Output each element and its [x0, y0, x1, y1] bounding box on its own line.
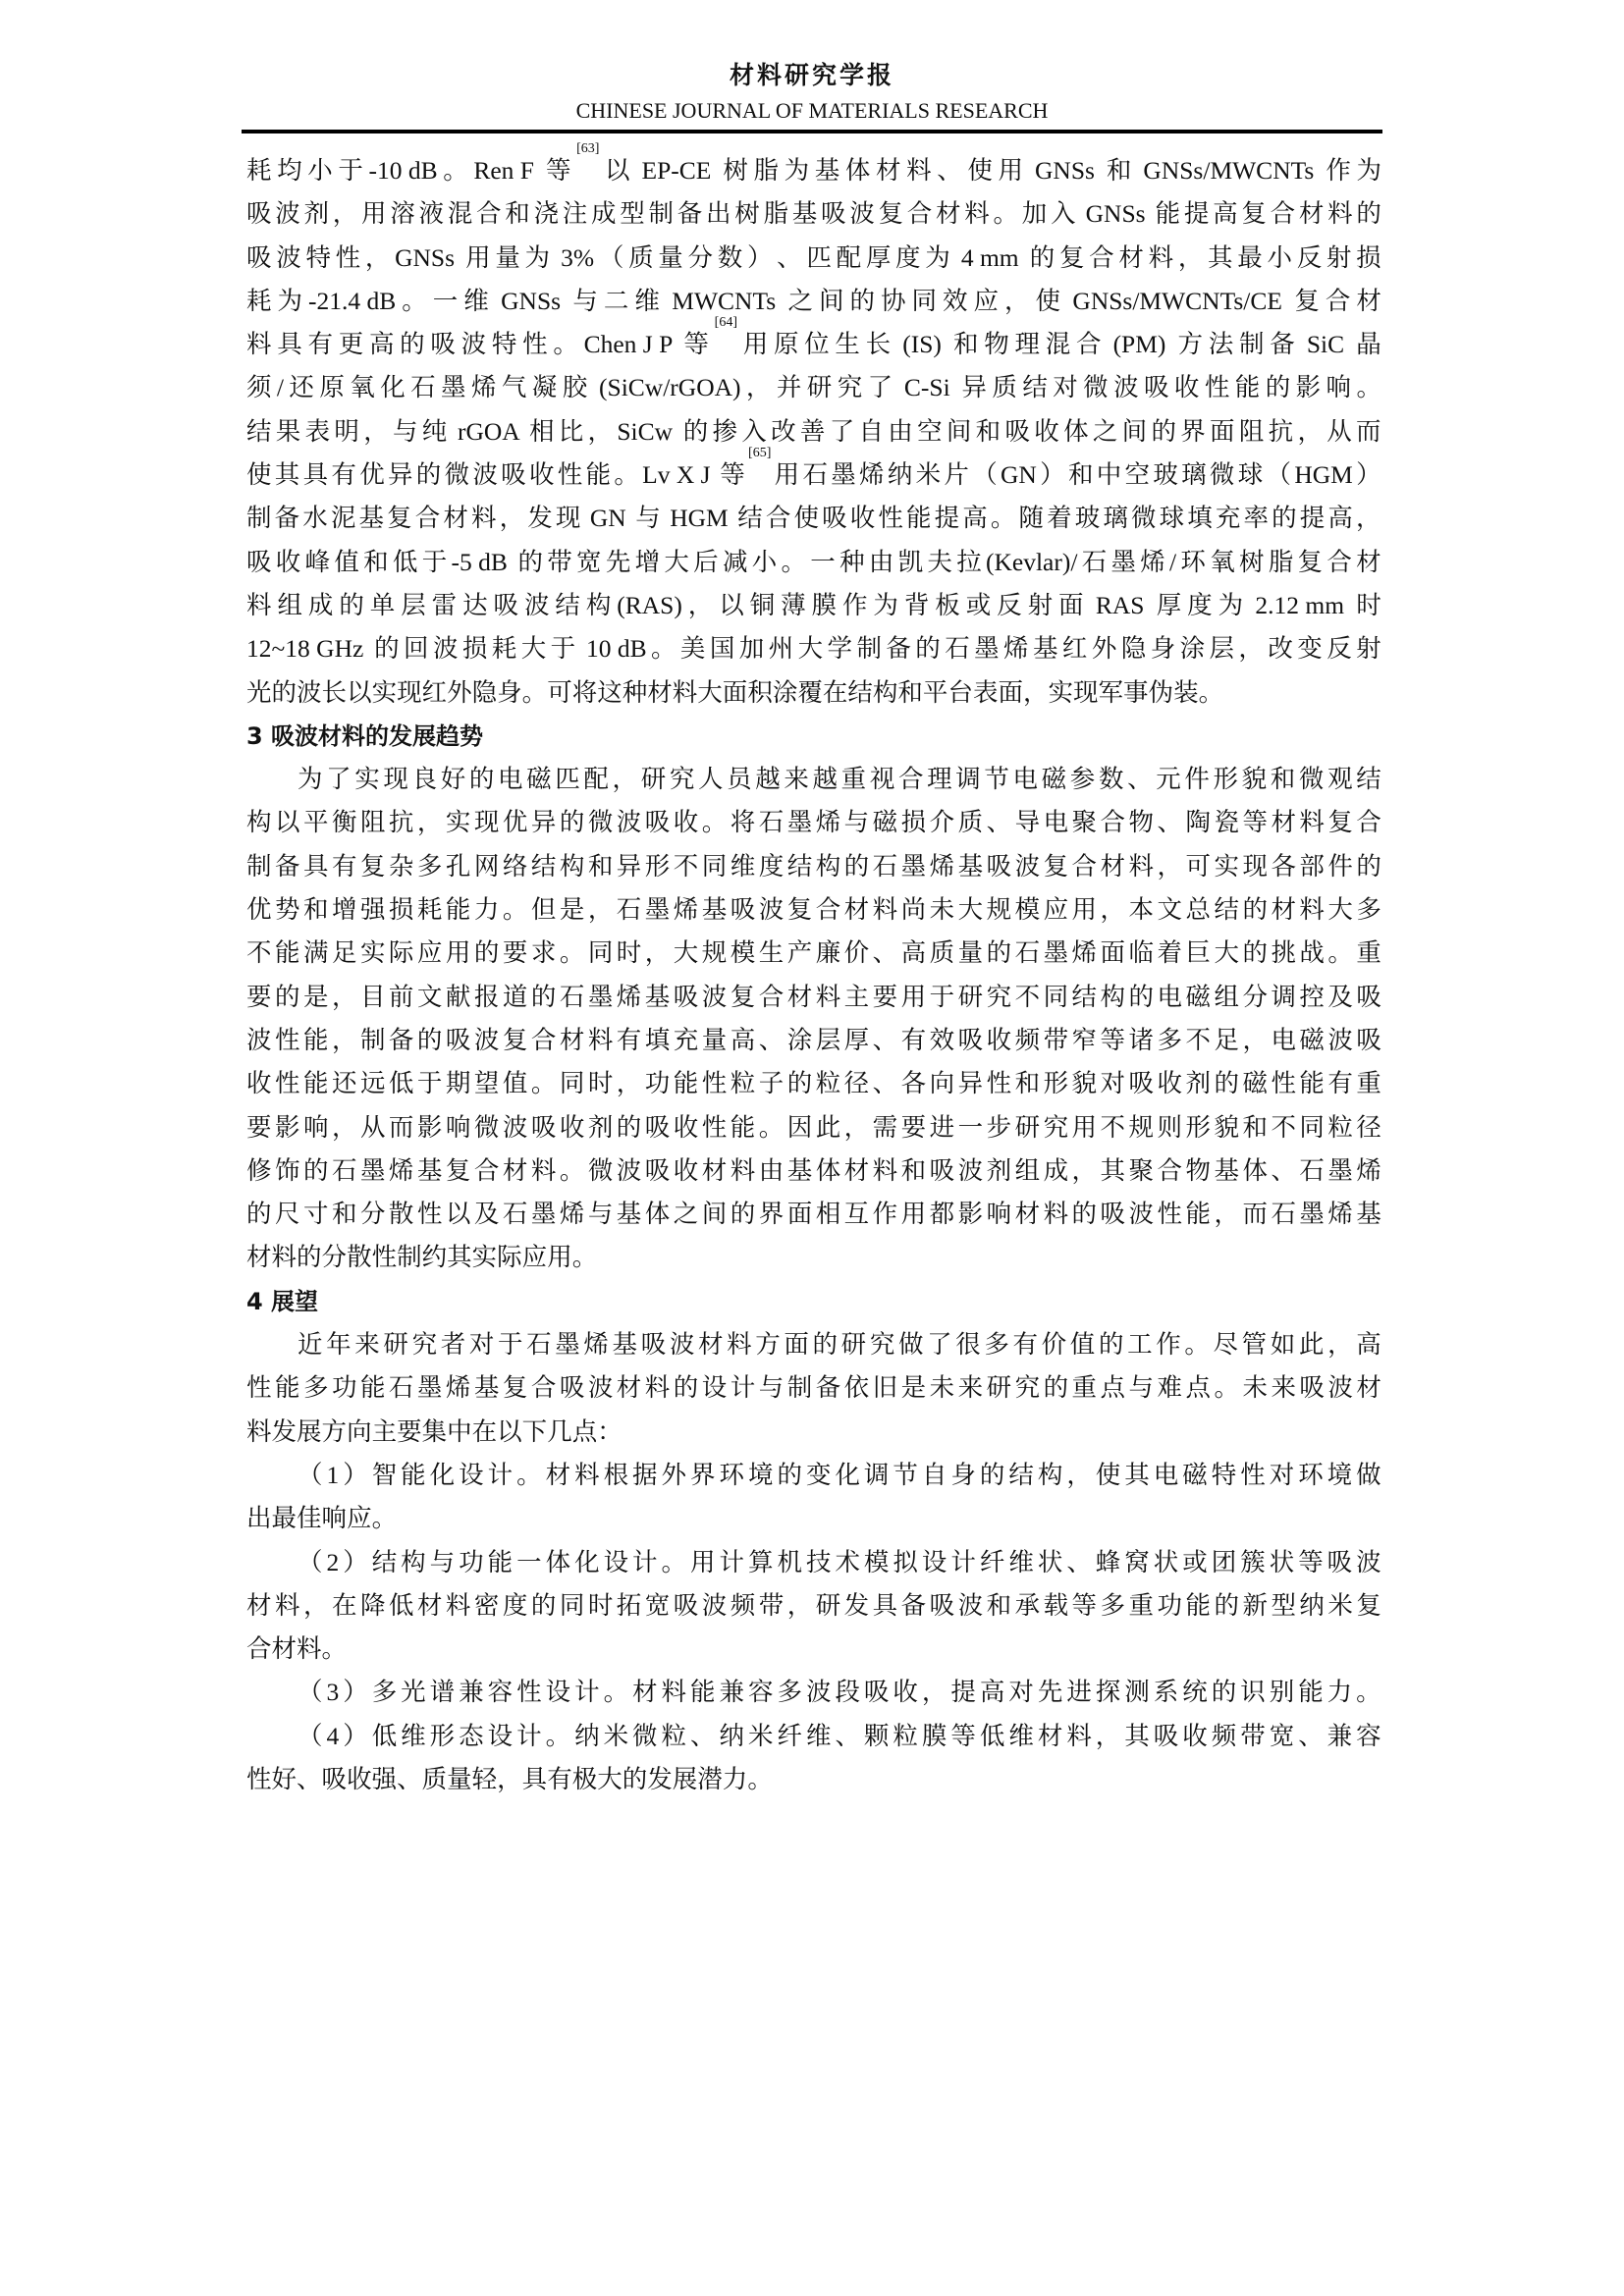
text-line: 吸收峰值和低于-5 dB 的带宽先增大后减小。一种由凯夫拉(Kevlar)/石墨… — [246, 541, 1381, 584]
list-item-1: （1）智能化设计。材料根据外界环境的变化调节自身的结构，使其电磁特性对环境做出最… — [246, 1454, 1381, 1541]
text-line: 制备水泥基复合材料，发现 GN 与 HGM 结合使吸收性能提高。随着玻璃微球填充… — [246, 497, 1381, 540]
citation-ref: [65] — [748, 454, 771, 497]
text-line: 制备具有复杂多孔网络结构和异形不同维度结构的石墨烯基吸波复合材料，可实现各部件的 — [246, 845, 1381, 888]
text-line: 吸波剂，用溶液混合和浇注成型制备出树脂基吸波复合材料。加入 GNSs 能提高复合… — [246, 192, 1381, 236]
text-line: 出最佳响应。 — [246, 1497, 1381, 1540]
list-item-2: （2）结构与功能一体化设计。用计算机技术模拟设计纤维状、蜂窝状或团簇状等吸波材料… — [246, 1541, 1381, 1672]
text-line: 修饰的石墨烯基复合材料。微波吸收材料由基体材料和吸波剂组成，其聚合物基体、石墨烯 — [246, 1149, 1381, 1193]
text-line: 优势和增强损耗能力。但是，石墨烯基吸波复合材料尚未大规模应用，本文总结的材料大多 — [246, 888, 1381, 932]
text-line: 耗为-21.4 dB。一维 GNSs 与二维 MWCNTs 之间的协同效应，使 … — [246, 280, 1381, 323]
text-line: 要影响，从而影响微波吸收剂的吸收性能。因此，需要进一步研究用不规则形貌和不同粒径 — [246, 1106, 1381, 1149]
text-line: 性好、吸收强、质量轻，具有极大的发展潜力。 — [246, 1758, 1381, 1801]
text-line: 的尺寸和分散性以及石墨烯与基体之间的界面相互作用都影响材料的吸波性能，而石墨烯基 — [246, 1193, 1381, 1236]
text-line: 不能满足实际应用的要求。同时，大规模生产廉价、高质量的石墨烯面临着巨大的挑战。重 — [246, 932, 1381, 975]
text-line: 要的是，目前文献报道的石墨烯基吸波复合材料主要用于研究不同结构的电磁组分调控及吸 — [246, 976, 1381, 1019]
text-line: （1）智能化设计。材料根据外界环境的变化调节自身的结构，使其电磁特性对环境做 — [246, 1454, 1381, 1497]
text-line: 性能多功能石墨烯基复合吸波材料的设计与制备依旧是未来研究的重点与难点。未来吸波材 — [246, 1366, 1381, 1410]
paragraph-intro: 耗均小于-10 dB。Ren F 等[63]以 EP-CE 树脂为基体材料、使用… — [246, 149, 1381, 715]
text-line: 12~18 GHz 的回波损耗大于 10 dB。美国加州大学制备的石墨烯基红外隐… — [246, 627, 1381, 670]
text-line: （4）低维形态设计。纳米微粒、纳米纤维、颗粒膜等低维材料，其吸收频带宽、兼容 — [246, 1715, 1381, 1758]
text-line: 材料，在降低材料密度的同时拓宽吸波频带，研发具备吸波和承载等多重功能的新型纳米复 — [246, 1584, 1381, 1628]
text-line: 近年来研究者对于石墨烯基吸波材料方面的研究做了很多有价值的工作。尽管如此，高 — [246, 1323, 1381, 1366]
text-line: 光的波长以实现红外隐身。可将这种材料大面积涂覆在结构和平台表面，实现军事伪装。 — [246, 671, 1381, 715]
text-line: 耗均小于-10 dB。Ren F 等[63]以 EP-CE 树脂为基体材料、使用… — [246, 149, 1381, 192]
text-line: 吸波特性，GNSs 用量为 3%（质量分数）、匹配厚度为 4 mm 的复合材料，… — [246, 237, 1381, 280]
paragraph-section3: 为了实现良好的电磁匹配，研究人员越来越重视合理调节电磁参数、元件形貌和微观结构以… — [246, 758, 1381, 1280]
paragraph-section4-intro: 近年来研究者对于石墨烯基吸波材料方面的研究做了很多有价值的工作。尽管如此，高性能… — [246, 1323, 1381, 1454]
text-line: 料发展方向主要集中在以下几点： — [246, 1411, 1381, 1454]
list-item-3: （3）多光谱兼容性设计。材料能兼容多波段吸收，提高对先进探测系统的识别能力。 — [246, 1671, 1381, 1714]
citation-ref: [64] — [715, 323, 737, 366]
text-line: 须/还原氧化石墨烯气凝胶 (SiCw/rGOA)，并研究了 C-Si 异质结对微… — [246, 366, 1381, 409]
journal-title-cn: 材料研究学报 — [242, 61, 1382, 90]
header-rule — [242, 130, 1382, 133]
text-line: 材料的分散性制约其实际应用。 — [246, 1236, 1381, 1279]
section-heading-4: 4 展望 — [246, 1280, 1381, 1323]
text-line: 使其具有优异的微波吸收性能。Lv X J 等[65]用石墨烯纳米片（GN）和中空… — [246, 454, 1381, 497]
journal-title-en: CHINESE JOURNAL OF MATERIALS RESEARCH — [242, 98, 1382, 124]
text-line: （2）结构与功能一体化设计。用计算机技术模拟设计纤维状、蜂窝状或团簇状等吸波 — [246, 1541, 1381, 1584]
section-heading-3: 3 吸波材料的发展趋势 — [246, 715, 1381, 758]
text-line: 结果表明，与纯 rGOA 相比，SiCw 的掺入改善了自由空间和吸收体之间的界面… — [246, 410, 1381, 454]
text-line: 为了实现良好的电磁匹配，研究人员越来越重视合理调节电磁参数、元件形貌和微观结 — [246, 758, 1381, 801]
running-header: 材料研究学报 CHINESE JOURNAL OF MATERIALS RESE… — [242, 61, 1382, 124]
text-line: 合材料。 — [246, 1628, 1381, 1671]
text-line: 波性能，制备的吸波复合材料有填充量高、涂层厚、有效吸收频带窄等诸多不足，电磁波吸 — [246, 1019, 1381, 1062]
list-item-4: （4）低维形态设计。纳米微粒、纳米纤维、颗粒膜等低维材料，其吸收频带宽、兼容性好… — [246, 1715, 1381, 1802]
text-line: 构以平衡阻抗，实现优异的微波吸收。将石墨烯与磁损介质、导电聚合物、陶瓷等材料复合 — [246, 801, 1381, 844]
article-body: 耗均小于-10 dB。Ren F 等[63]以 EP-CE 树脂为基体材料、使用… — [246, 149, 1381, 1801]
text-line: 收性能还远低于期望值。同时，功能性粒子的粒径、各向异性和形貌对吸收剂的磁性能有重 — [246, 1062, 1381, 1105]
text-line: （3）多光谱兼容性设计。材料能兼容多波段吸收，提高对先进探测系统的识别能力。 — [246, 1671, 1381, 1714]
text-line: 料具有更高的吸波特性。Chen J P 等[64]用原位生长 (IS) 和物理混… — [246, 323, 1381, 366]
citation-ref: [63] — [576, 149, 599, 192]
text-line: 料组成的单层雷达吸波结构(RAS)，以铜薄膜作为背板或反射面 RAS 厚度为 2… — [246, 584, 1381, 627]
